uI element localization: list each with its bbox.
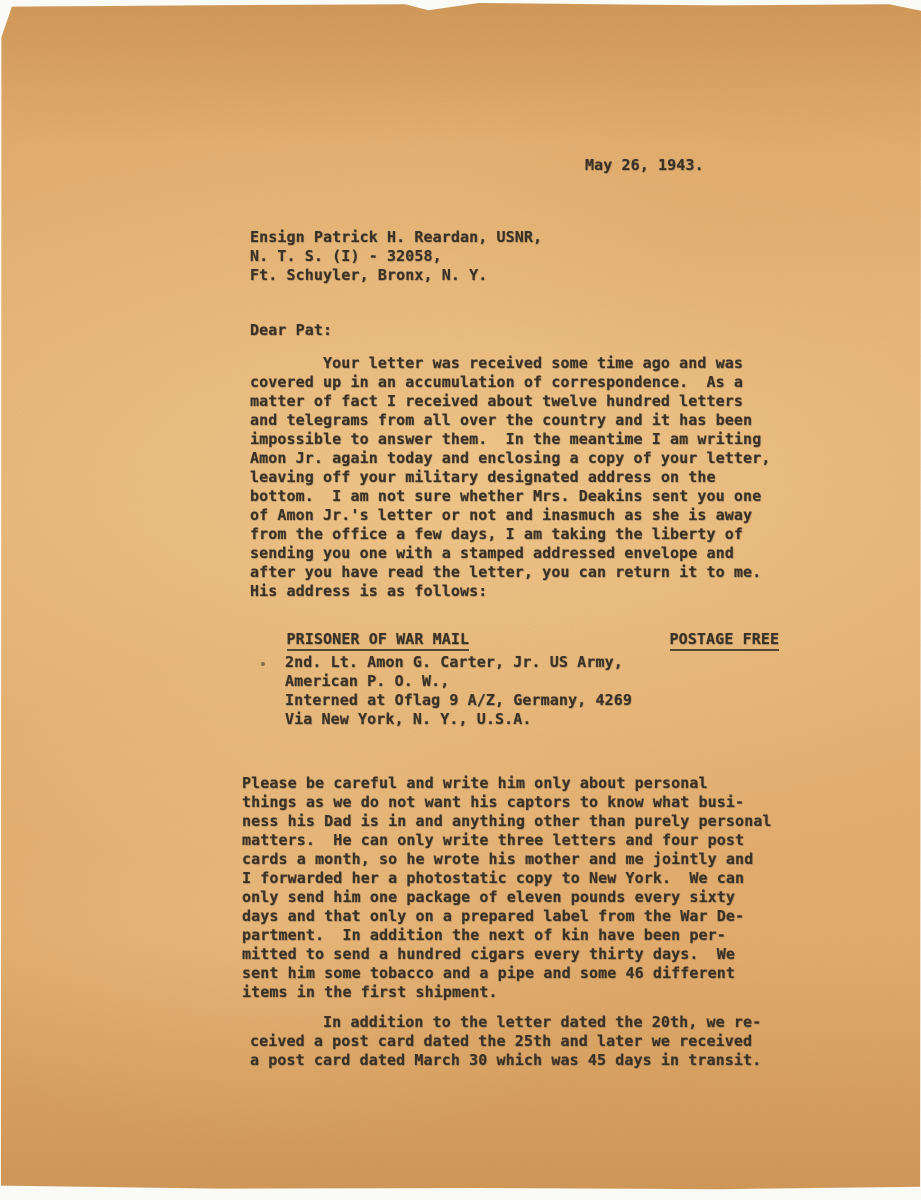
pow-address-block: 2nd. Lt. Amon G. Carter, Jr. US Army,Ame…	[285, 653, 632, 729]
typed-line: impossible to answer them. In the meanti…	[250, 430, 770, 449]
typed-line: His address is as follows:	[250, 582, 770, 601]
salutation: Dear Pat:	[250, 321, 332, 340]
body-paragraph-3: In addition to the letter dated the 20th…	[250, 1013, 761, 1070]
typed-line: I forwarded her a photostatic copy to Ne…	[242, 869, 772, 888]
typed-line: of Amon Jr.'s letter or not and inasmuch…	[250, 506, 770, 525]
letter-paper: May 26, 1943. Ensign Patrick H. Reardan,…	[0, 0, 921, 1200]
typed-line: items in the first shipment.	[242, 983, 772, 1002]
typed-line: Your letter was received some time ago a…	[250, 354, 770, 373]
typed-line: cards a month, so he wrote his mother an…	[242, 850, 772, 869]
typed-line: Ft. Schuyler, Bronx, N. Y.	[250, 266, 542, 285]
typed-line: sent him some tobacco and a pipe and som…	[242, 964, 772, 983]
ink-speck	[261, 662, 265, 666]
typed-line: Ensign Patrick H. Reardan, USNR,	[250, 228, 542, 247]
typed-line: In addition to the letter dated the 20th…	[250, 1013, 761, 1032]
typed-line: ness his Dad is in and anything other th…	[242, 812, 772, 831]
typed-line: Via New York, N. Y., U.S.A.	[285, 710, 632, 729]
typed-line: N. T. S. (I) - 32058,	[250, 247, 542, 266]
typed-line: 2nd. Lt. Amon G. Carter, Jr. US Army,	[285, 653, 632, 672]
typed-line: sending you one with a stamped addressed…	[250, 544, 770, 563]
typed-line: matter of fact I received about twelve h…	[250, 392, 770, 411]
body-paragraph-2: Please be careful and write him only abo…	[242, 774, 772, 1002]
typed-line: Amon Jr. again today and enclosing a cop…	[250, 449, 770, 468]
typed-line: days and that only on a prepared label f…	[242, 907, 772, 926]
typed-line: bottom. I am not sure whether Mrs. Deaki…	[250, 487, 770, 506]
typed-line: matters. He can only write three letters…	[242, 831, 772, 850]
letter-date: May 26, 1943.	[585, 156, 704, 175]
typed-line: partment. In addition the next of kin ha…	[242, 926, 772, 945]
typed-line: Please be careful and write him only abo…	[242, 774, 772, 793]
typed-line: ceived a post card dated the 25th and la…	[250, 1032, 761, 1051]
postage-free-heading: POSTAGE FREE	[633, 611, 779, 670]
typed-line: things as we do not want his captors to …	[242, 793, 772, 812]
typed-line: Interned at Oflag 9 A/Z, Germany, 4269	[285, 691, 632, 710]
typed-line: a post card dated March 30 which was 45 …	[250, 1051, 761, 1070]
typed-line: leaving off your military designated add…	[250, 468, 770, 487]
body-paragraph-1: Your letter was received some time ago a…	[250, 354, 770, 601]
typed-line: after you have read the letter, you can …	[250, 563, 770, 582]
typed-line: American P. O. W.,	[285, 672, 632, 691]
typed-line: covered up in an accumulation of corresp…	[250, 373, 770, 392]
typed-line: mitted to send a hundred cigars every th…	[242, 945, 772, 964]
typed-line: and telegrams from all over the country …	[250, 411, 770, 430]
prisoner-of-war-mail-label: PRISONER OF WAR MAIL	[287, 630, 470, 651]
typed-line: only send him one package of eleven poun…	[242, 888, 772, 907]
postage-free-label: POSTAGE FREE	[670, 630, 780, 651]
recipient-address-block: Ensign Patrick H. Reardan, USNR,N. T. S.…	[250, 228, 542, 285]
typed-line: from the office a few days, I am taking …	[250, 525, 770, 544]
